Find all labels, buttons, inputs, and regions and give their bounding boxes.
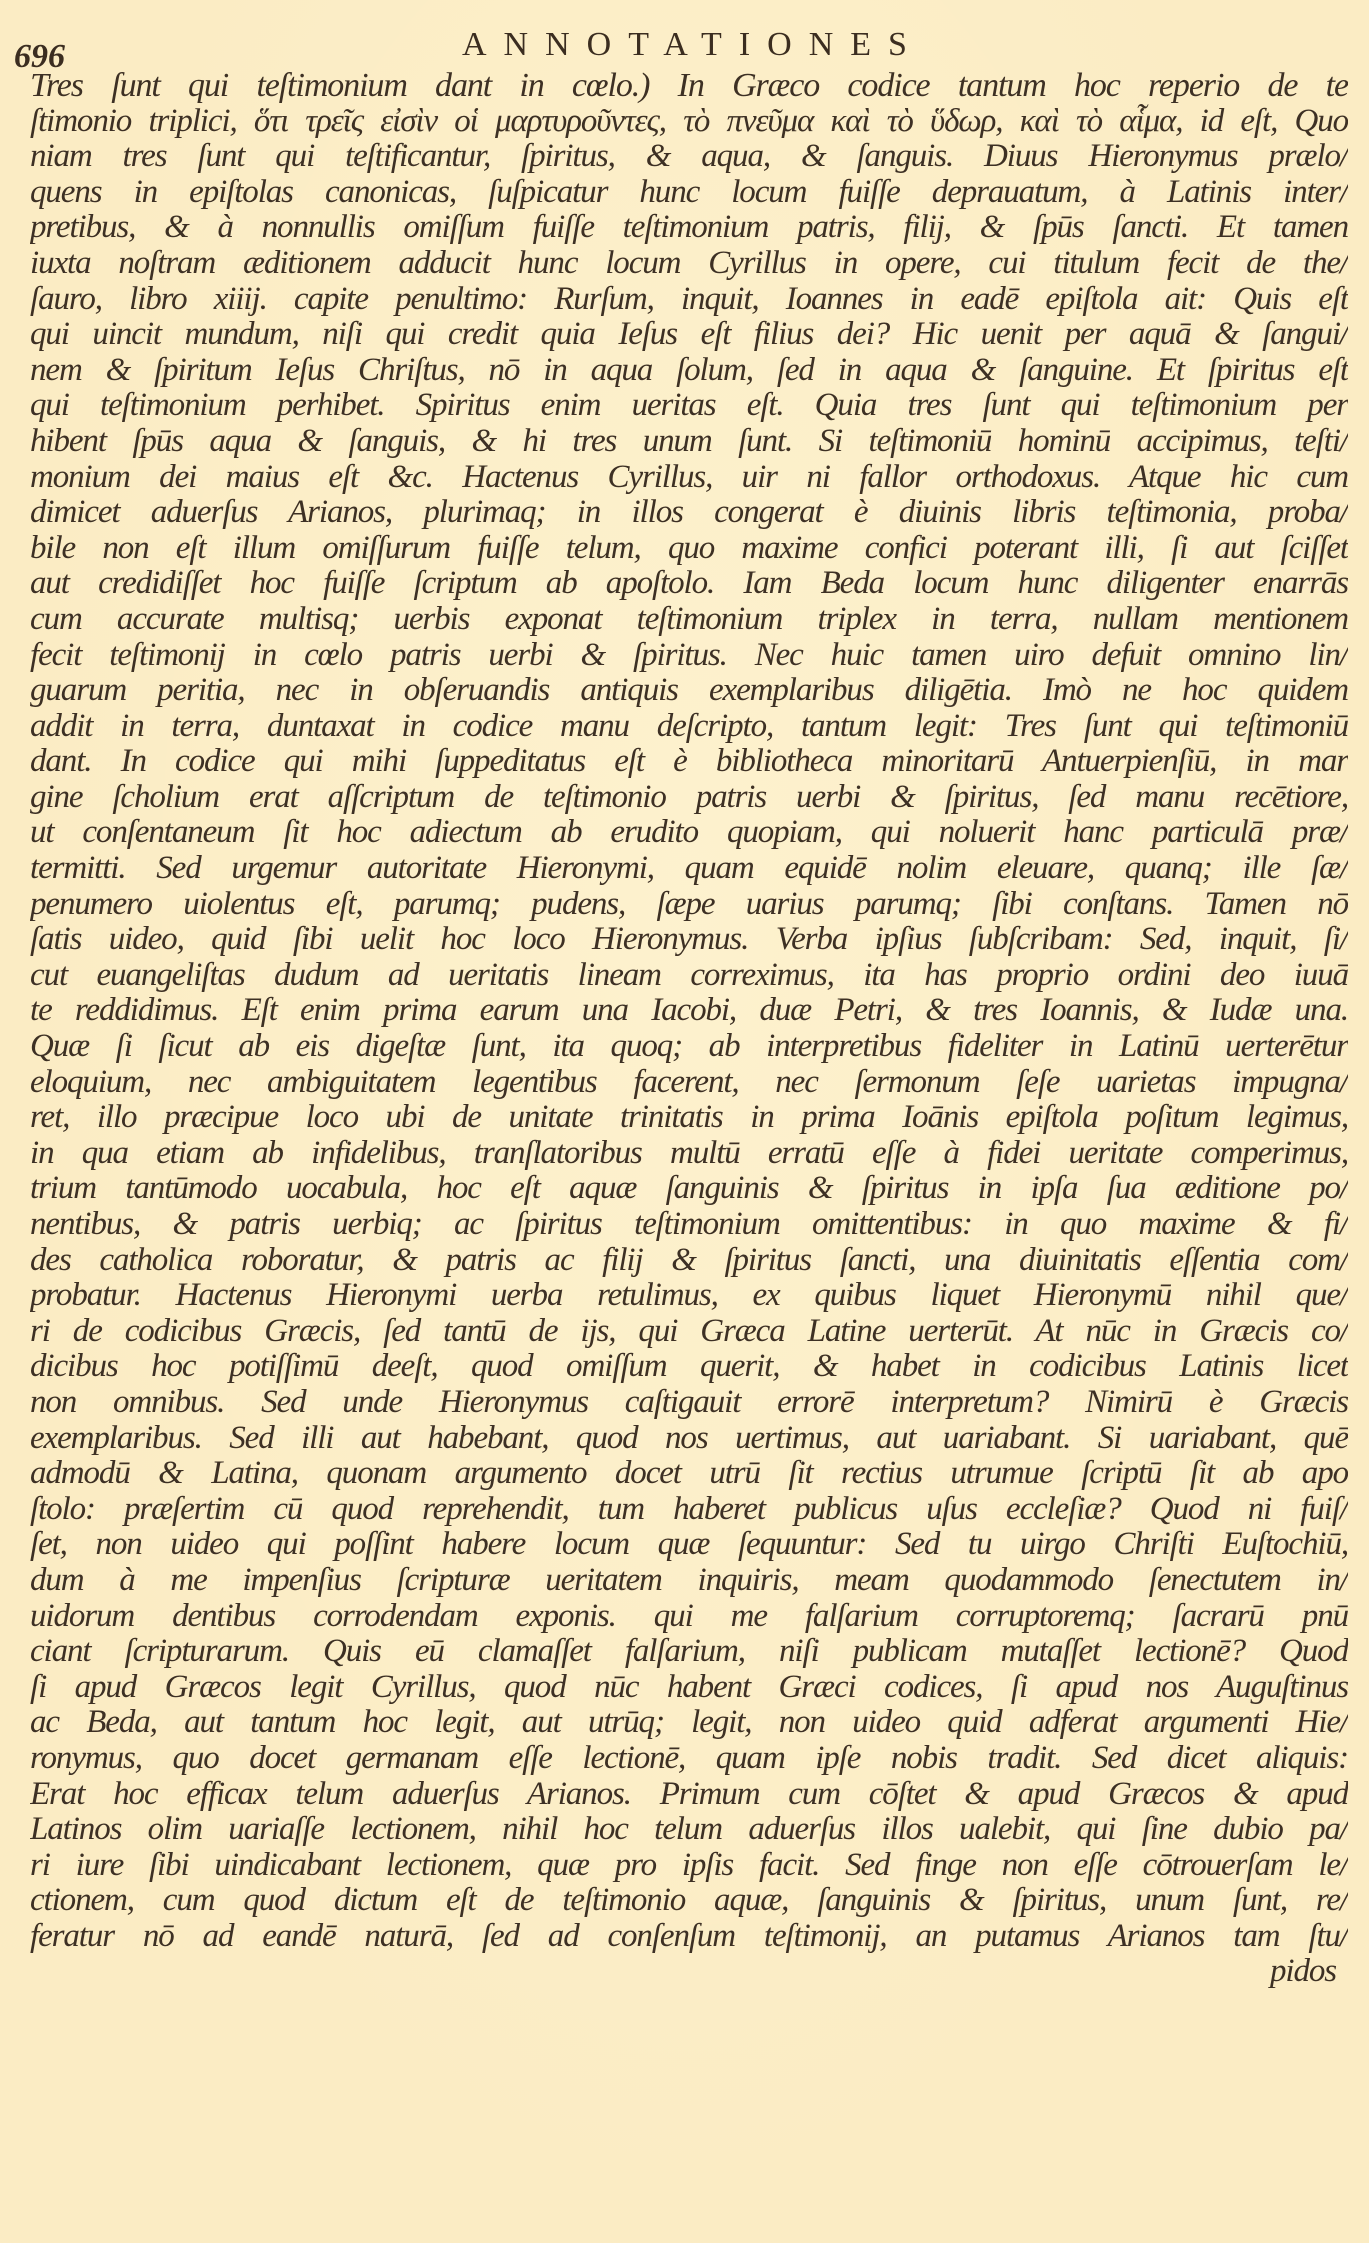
text-line: dum à me impenſius ſcripturæ ueritatem i…: [30, 1563, 1348, 1599]
text-line: ret, illo præcipue loco ubi de unitate t…: [30, 1100, 1348, 1136]
text-line: ut conſentaneum ſit hoc adiectum ab erud…: [30, 815, 1348, 851]
text-line: quens in epiſtolas canonicas, ſuſpicatur…: [30, 175, 1348, 211]
text-line: monium dei maius eſt &c. Hactenus Cyrill…: [30, 460, 1348, 496]
text-line: ſtolo: præſertim cū quod reprehendit, tu…: [30, 1492, 1348, 1528]
text-line: cum accurate multisq; uerbis exponat teſ…: [30, 602, 1348, 638]
text-line: ciant ſcripturarum. Quis eū clamaſſet fa…: [30, 1634, 1348, 1670]
catchword: pidos: [30, 1954, 1348, 1990]
text-line: qui teſtimonium perhibet. Spiritus enim …: [30, 388, 1348, 424]
text-line: dimicet aduerſus Arianos, plurimaq; in i…: [30, 495, 1348, 531]
text-line: ſauro, libro xiiij. capite penultimo: Ru…: [30, 282, 1348, 318]
text-line: te reddidimus. Eſt enim prima earum una …: [30, 993, 1348, 1029]
text-line: Latinos olim uariaſſe lectionem, nihil h…: [30, 1812, 1348, 1848]
text-line: non omnibus. Sed unde Hieronymus caſtiga…: [30, 1385, 1348, 1421]
text-line: gine ſcholium erat aſſcriptum de teſtimo…: [30, 780, 1348, 816]
text-line: hibent ſpūs aqua & ſanguis, & hi tres un…: [30, 424, 1348, 460]
text-line: niam tres ſunt qui teſtificantur, ſpirit…: [30, 139, 1348, 175]
text-line: cut euangeliſtas dudum ad ueritatis line…: [30, 958, 1348, 994]
text-line: feratur nō ad eandē naturā, ſed ad conſe…: [30, 1919, 1348, 1955]
text-line: guarum peritia, nec in obſeruandis antiq…: [30, 673, 1348, 709]
text-line: fecit teſtimonij in cœlo patris uerbi & …: [30, 638, 1348, 674]
running-head: ANNOTATIONES: [462, 26, 924, 64]
text-line: Quæ ſi ſicut ab eis digeſtæ ſunt, ita qu…: [30, 1029, 1348, 1065]
text-line: termitti. Sed urgemur autoritate Hierony…: [30, 851, 1348, 887]
text-line: pretibus, & à nonnullis omiſſum fuiſſe t…: [30, 210, 1348, 246]
text-line: dicibus hoc potiſſimū deeſt, quod omiſſu…: [30, 1349, 1348, 1385]
text-line: ac Beda, aut tantum hoc legit, aut utrūq…: [30, 1705, 1348, 1741]
text-line: trium tantūmodo uocabula, hoc eſt aquæ ſ…: [30, 1171, 1348, 1207]
text-line: ſi apud Græcos legit Cyrillus, quod nūc …: [30, 1670, 1348, 1706]
text-line: eloquium, nec ambiguitatem legentibus fa…: [30, 1065, 1348, 1101]
text-line: ſtimonio triplici, ὅτι τρεῖς εἰσὶν οἱ μα…: [30, 104, 1348, 140]
text-line: penumero uiolentus eſt, parumq; pudens, …: [30, 887, 1348, 923]
text-line: Tres ſunt qui teſtimonium dant in cœlo.)…: [30, 68, 1348, 104]
text-line: Erat hoc efficax telum aduerſus Arianos.…: [30, 1777, 1348, 1813]
text-line: probatur. Hactenus Hieronymi uerba retul…: [30, 1278, 1348, 1314]
text-line: aut credidiſſet hoc fuiſſe ſcriptum ab a…: [30, 566, 1348, 602]
text-line: bile non eſt illum omiſſurum fuiſſe telu…: [30, 531, 1348, 567]
text-line: ctionem, cum quod dictum eſt de teſtimon…: [30, 1883, 1348, 1919]
text-line: ri de codicibus Græcis, ſed tantū de ijs…: [30, 1314, 1348, 1350]
text-line: des catholica roboratur, & patris ac fil…: [30, 1243, 1348, 1279]
text-line: admodū & Latina, quonam argumento docet …: [30, 1456, 1348, 1492]
text-line: iuxta noſtram æditionem adducit hunc loc…: [30, 246, 1348, 282]
text-line: in qua etiam ab infidelibus, tranſlatori…: [30, 1136, 1348, 1172]
text-line: ſatis uideo, quid ſibi uelit hoc loco Hi…: [30, 922, 1348, 958]
book-page: 696 ANNOTATIONES Tres ſunt qui teſtimoni…: [0, 0, 1369, 2243]
text-line: ronymus, quo docet germanam eſſe lection…: [30, 1741, 1348, 1777]
text-line: nentibus, & patris uerbiq; ac ſpiritus t…: [30, 1207, 1348, 1243]
text-line: nem & ſpiritum Ieſus Chriſtus, nō in aqu…: [30, 353, 1348, 389]
text-line: qui uincit mundum, niſi qui credit quia …: [30, 317, 1348, 353]
text-line: ſet, non uideo qui poſſint habere locum …: [30, 1527, 1348, 1563]
body-text: Tres ſunt qui teſtimonium dant in cœlo.)…: [30, 68, 1348, 1990]
text-line: addit in terra, duntaxat in codice manu …: [30, 709, 1348, 745]
text-line: exemplaribus. Sed illi aut habebant, quo…: [30, 1421, 1348, 1457]
text-line: ri iure ſibi uindicabant lectionem, quæ …: [30, 1848, 1348, 1884]
text-line: dant. In codice qui mihi ſuppeditatus eſ…: [30, 744, 1348, 780]
text-line: uidorum dentibus corrodendam exponis. qu…: [30, 1599, 1348, 1635]
